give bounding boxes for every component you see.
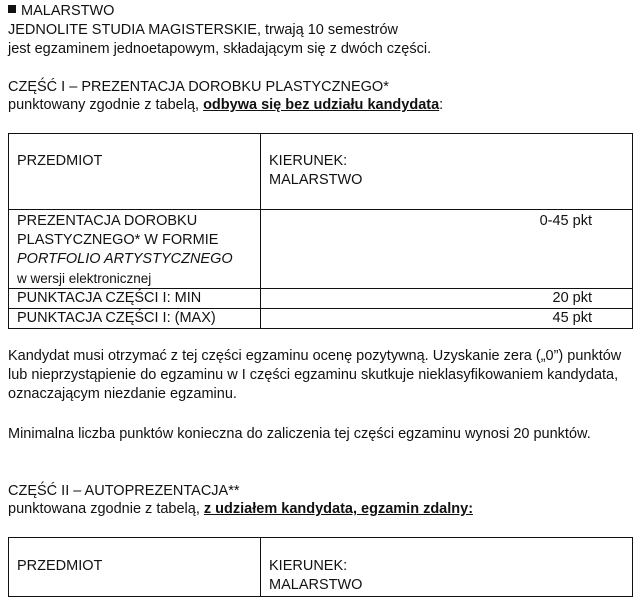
part2-title: CZĘŚĆ II – AUTOPREZENTACJA** [8,482,240,500]
header-field-value: MALARSTWO [269,171,624,190]
part1-score-table: PRZEDMIOT KIERUNEK: MALARSTWO PREZENTACJ… [8,133,633,329]
header-subject: PRZEDMIOT [9,538,261,597]
part2-subtitle-emphasis: z udziałem kandydata, egzamin zdalny: [204,501,473,517]
header-field: KIERUNEK: MALARSTWO [261,134,633,210]
row-portfolio-value: 0-45 pkt [261,210,633,289]
square-bullet-icon [8,5,16,13]
row-max-label: PUNKTACJA CZĘŚCI I: (MAX) [9,309,261,329]
row-min-value: 20 pkt [261,289,633,309]
study-type-line: JEDNOLITE STUDIA MAGISTERSKIE, trwają 10… [8,21,398,39]
table-header-row: PRZEDMIOT KIERUNEK: MALARSTWO [9,134,633,210]
row-max-value: 45 pkt [261,309,633,329]
header-field-label: KIERUNEK: [269,557,624,576]
part1-subtitle: punktowany zgodnie z tabelą, odbywa się … [8,96,443,114]
row-portfolio-line3: PORTFOLIO ARTYSTYCZNEGO [17,250,252,269]
part2-score-table: PRZEDMIOT KIERUNEK: MALARSTWO [8,537,633,597]
part1-minimum-paragraph: Minimalna liczba punktów konieczna do za… [8,425,633,444]
part1-subtitle-text: punktowany zgodnie z tabelą, [8,97,203,113]
header-field-value: MALARSTWO [269,576,624,595]
part1-title: CZĘŚĆ I – PREZENTACJA DOROBKU PLASTYCZNE… [8,78,389,96]
row-min-label: PUNKTACJA CZĘŚCI I: MIN [9,289,261,309]
header-subject: PRZEDMIOT [9,134,261,210]
header-field-label: KIERUNEK: [269,152,624,171]
table-header-row: PRZEDMIOT KIERUNEK: MALARSTWO [9,538,633,597]
row-portfolio-line2: PLASTYCZNEGO* W FORMIE [17,231,252,250]
program-title: MALARSTWO [8,2,114,20]
part2-subtitle-text: punktowana zgodnie z tabelą, [8,501,204,517]
row-portfolio-line1: PREZENTACJA DOROBKU [17,212,252,231]
part1-subtitle-colon: : [439,97,443,113]
part1-subtitle-emphasis: odbywa się bez udziału kandydata [203,97,439,113]
row-portfolio-label: PREZENTACJA DOROBKU PLASTYCZNEGO* W FORM… [9,210,261,289]
table-row: PREZENTACJA DOROBKU PLASTYCZNEGO* W FORM… [9,210,633,289]
header-field: KIERUNEK: MALARSTWO [261,538,633,597]
part2-subtitle: punktowana zgodnie z tabelą, z udziałem … [8,500,473,518]
table-row: PUNKTACJA CZĘŚCI I: MIN 20 pkt [9,289,633,309]
part1-requirement-paragraph: Kandydat musi otrzymać z tej części egza… [8,347,633,404]
row-portfolio-line4: w wersji elektronicznej [17,269,252,288]
exam-description-line: jest egzaminem jednoetapowym, składający… [8,40,431,58]
table-row: PUNKTACJA CZĘŚCI I: (MAX) 45 pkt [9,309,633,329]
program-name: MALARSTWO [21,3,114,19]
